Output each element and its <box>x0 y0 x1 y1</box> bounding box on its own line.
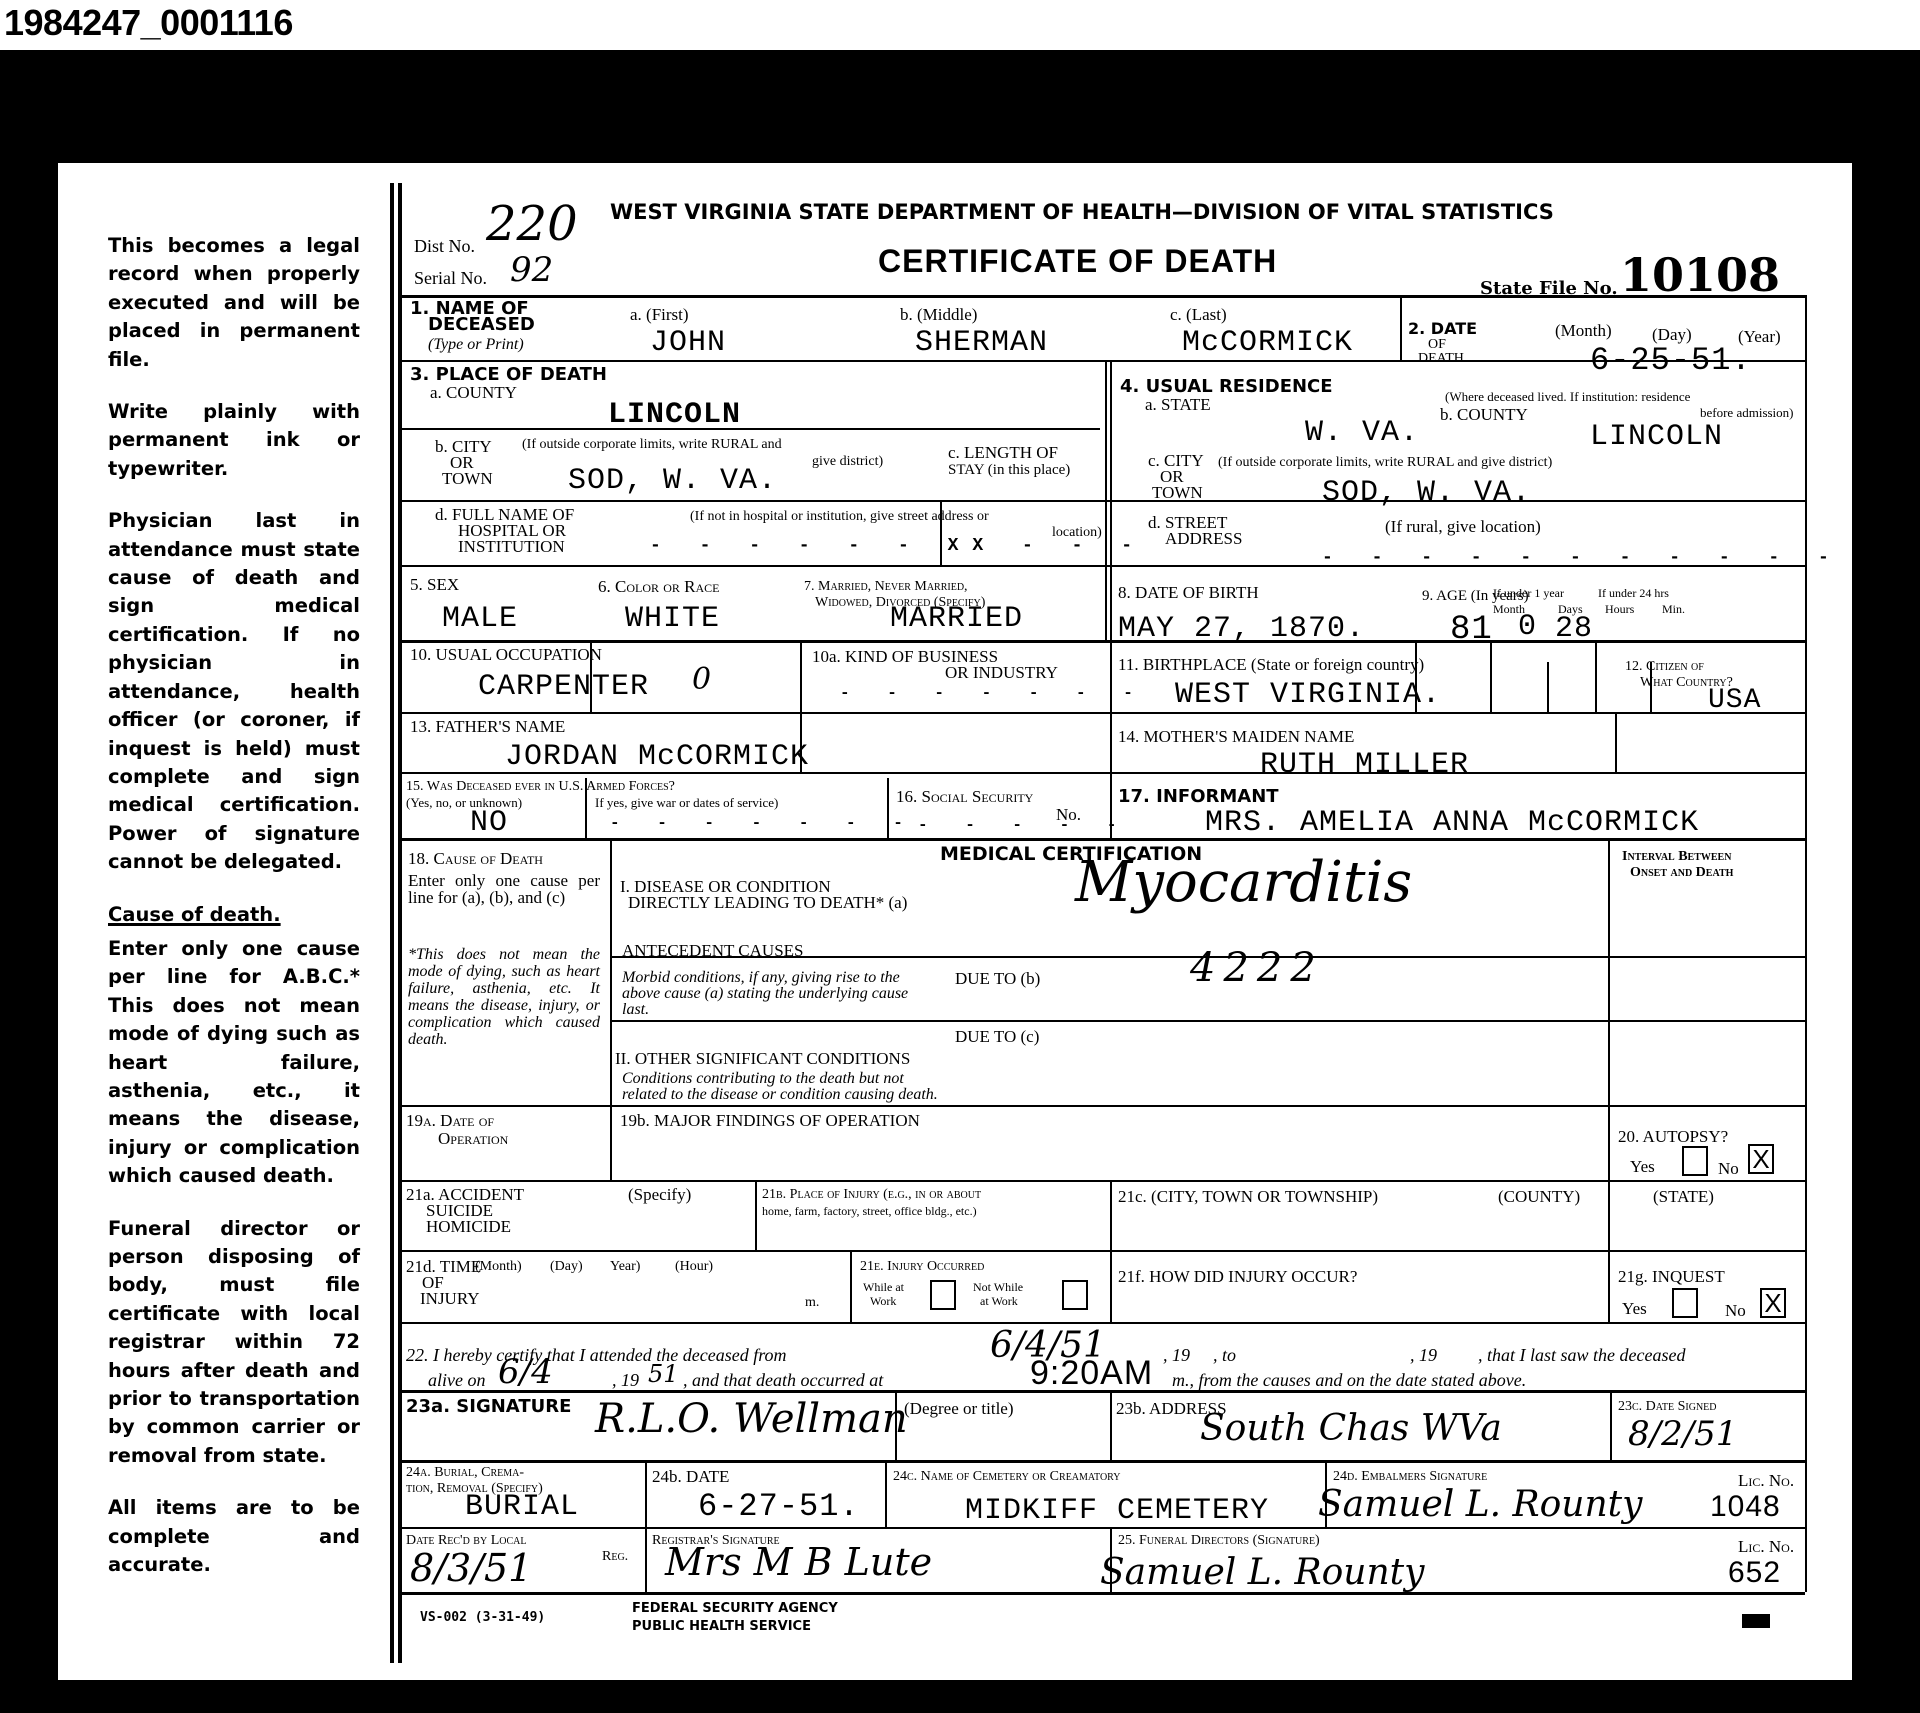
injury-city-label: 21c. (CITY, TOWN OR TOWNSHIP) <box>1118 1188 1378 1205</box>
rule <box>400 295 402 1592</box>
funeral-lic-value[interactable]: 652 <box>1728 1558 1781 1588</box>
injury-year-label: Year) <box>610 1260 640 1274</box>
date-of-death-label: DEATH <box>1418 350 1464 367</box>
certify-text: m., from the causes and on the date stat… <box>1172 1372 1526 1389</box>
business-label: OR INDUSTRY <box>945 664 1058 681</box>
agency-heading: WEST VIRGINIA STATE DEPARTMENT OF HEALTH… <box>610 200 1554 224</box>
morbid-note: Morbid conditions, if any, giving rise t… <box>622 970 932 1018</box>
armed-forces-value[interactable]: NO <box>470 808 508 838</box>
union-label-icon <box>1742 1614 1770 1628</box>
autopsy-yes-label: Yes <box>1630 1158 1655 1175</box>
accident-label: HOMICIDE <box>426 1218 511 1235</box>
interval-label: Interval Between <box>1622 850 1731 864</box>
rule <box>850 1250 852 1322</box>
name-label: (Type or Print) <box>428 336 524 353</box>
marital-value[interactable]: MARRIED <box>890 604 1023 634</box>
certify-text: alive on <box>428 1372 485 1389</box>
certify-text: , 19 <box>1163 1347 1190 1364</box>
injury-occurred-label: 21e. Injury Occurred <box>860 1260 984 1274</box>
birthplace-label: 11. BIRTHPLACE (State or foreign country… <box>1118 656 1424 673</box>
funeral-director-label: 25. Funeral Directors (Signature) <box>1118 1534 1320 1548</box>
rule <box>400 295 1805 298</box>
residence-state-label: a. STATE <box>1145 396 1211 413</box>
injury-county-label: (COUNTY) <box>1498 1188 1580 1205</box>
death-county-value[interactable]: LINCOLN <box>608 400 741 430</box>
mother-value[interactable]: RUTH MILLER <box>1260 750 1469 780</box>
alive-on-value[interactable]: 6/4 <box>498 1352 553 1392</box>
other-conditions-note: related to the disease or condition caus… <box>622 1086 938 1103</box>
inquest-yes-label: Yes <box>1622 1300 1647 1317</box>
marital-label: 7. Married, Never Married, <box>804 580 968 594</box>
physician-address[interactable]: South Chas WVa <box>1200 1408 1502 1449</box>
autopsy-yes-checkbox[interactable] <box>1682 1146 1708 1176</box>
time-of-injury-label: INJURY <box>420 1290 480 1307</box>
county-label: a. COUNTY <box>430 384 517 401</box>
city-note: (If outside corporate limits, write RURA… <box>522 438 782 452</box>
rule <box>1805 295 1807 1592</box>
rule <box>645 1460 647 1592</box>
city-note: give district) <box>812 455 883 469</box>
rule <box>400 428 1100 430</box>
residence-county-label: b. COUNTY <box>1440 406 1528 423</box>
armed-forces-note: If yes, give war or dates of service) <box>595 796 778 810</box>
not-while-at-work-label: Not While <box>973 1280 1023 1294</box>
date-of-death-label: 2. DATE <box>1408 320 1477 337</box>
operation-date-label: Operation <box>438 1130 508 1147</box>
first-name-value[interactable]: JOHN <box>650 328 726 358</box>
death-city-value[interactable]: SOD, W. VA. <box>568 466 777 496</box>
while-at-work-checkbox[interactable] <box>930 1280 956 1310</box>
inquest-no-checkbox[interactable]: X <box>1760 1288 1786 1318</box>
citizen-value[interactable]: USA <box>1708 686 1761 716</box>
antecedent-label: ANTECEDENT CAUSES <box>622 942 804 959</box>
alive-year-value[interactable]: 51 <box>648 1360 679 1388</box>
instructions-sidebar: This becomes a legal record when properl… <box>108 232 360 1603</box>
date-received-label: Reg. <box>602 1550 628 1564</box>
cause-of-death-label: 18. Cause of Death <box>408 850 543 867</box>
city-label: TOWN <box>442 470 493 487</box>
embalmer-label: 24d. Embalmers Signature <box>1333 1470 1487 1484</box>
rule <box>400 712 1805 714</box>
due-to-b-label: DUE TO (b) <box>955 970 1040 987</box>
date-signed-value[interactable]: 8/2/51 <box>1628 1414 1737 1454</box>
rule <box>400 1180 1805 1182</box>
hospital-note: (If not in hospital or institution, give… <box>690 510 989 524</box>
days-value[interactable]: 28 <box>1555 614 1593 644</box>
residence-city-label: TOWN <box>1152 484 1203 501</box>
certify-text: , 19 <box>612 1372 639 1389</box>
rule <box>400 1322 1805 1324</box>
how-injury-label: 21f. HOW DID INJURY OCCUR? <box>1118 1268 1357 1285</box>
burial-type-label: 24a. Burial, Crema- <box>406 1466 524 1480</box>
father-value[interactable]: JORDAN McCORMICK <box>505 742 809 772</box>
ssn-value[interactable]: - - - - - <box>918 816 1130 834</box>
sex-value[interactable]: MALE <box>442 604 518 634</box>
while-at-work-label: Work <box>870 1294 896 1308</box>
rule <box>1110 360 1112 640</box>
months-value[interactable]: 0 <box>1518 612 1537 642</box>
under-24-hrs-label: If under 24 hrs <box>1598 586 1669 600</box>
rule <box>1608 1250 1610 1322</box>
residence-state-value[interactable]: W. VA. <box>1305 418 1419 448</box>
rule <box>1608 838 1610 1250</box>
business-value[interactable]: - - - - - - - <box>840 684 1147 702</box>
mother-label: 14. MOTHER'S MAIDEN NAME <box>1118 728 1354 745</box>
residence-city-note: (If outside corporate limits, write RURA… <box>1218 456 1552 470</box>
rule <box>1400 295 1402 360</box>
due-to-b-value[interactable]: 4222 <box>1190 945 1324 991</box>
race-label: 6. Color or Race <box>598 578 720 595</box>
while-at-work-label: While at <box>863 1280 904 1294</box>
length-of-stay-label: c. LENGTH OF <box>948 444 1058 461</box>
service-value[interactable]: - - - - - - - <box>610 814 917 832</box>
cemetery-label: 24c. Name of Cemetery or Creamatory <box>893 1470 1121 1484</box>
cause-note: Enter only one cause per line for (a), (… <box>408 872 600 906</box>
interval-label: Onset and Death <box>1630 866 1733 880</box>
street-note: (If rural, give location) <box>1385 518 1541 535</box>
rule <box>1615 712 1617 772</box>
certify-text: , that I last saw the deceased <box>1478 1347 1685 1364</box>
certify-text: , 19 <box>1410 1347 1437 1364</box>
state-file-number[interactable]: 10108 <box>1620 248 1780 302</box>
dob-value[interactable]: MAY 27, 1870. <box>1118 614 1365 644</box>
signature-label: 23a. SIGNATURE <box>406 1398 571 1415</box>
autopsy-label: 20. AUTOPSY? <box>1618 1128 1728 1145</box>
federal-agency: PUBLIC HEALTH SERVICE <box>632 1618 811 1636</box>
rule <box>1110 1390 1112 1460</box>
residence-city-value[interactable]: SOD, W. VA. <box>1322 478 1531 508</box>
sex-label: 5. SEX <box>410 576 459 593</box>
instruction-cause: Enter only one cause per line for A.B.C.… <box>108 935 360 1191</box>
not-while-at-work-checkbox[interactable] <box>1062 1280 1088 1310</box>
operation-date-label: 19a. Date of <box>406 1112 494 1129</box>
cause-footnote: *This does not mean the mode of dying, s… <box>408 946 600 1048</box>
rule <box>1110 1180 1112 1322</box>
inquest-no-label: No <box>1725 1302 1746 1319</box>
cause-of-death-heading: Cause of death. <box>108 901 360 929</box>
other-conditions-note: Conditions contributing to the death but… <box>622 1070 904 1087</box>
autopsy-no-checkbox[interactable]: X <box>1748 1144 1774 1174</box>
name-label: DECEASED <box>428 316 535 333</box>
injury-hour-label: (Hour) <box>675 1260 713 1274</box>
injury-state-label: (STATE) <box>1653 1188 1714 1205</box>
rule <box>1105 360 1107 640</box>
date-received-value[interactable]: 8/3/51 <box>410 1546 532 1590</box>
rule <box>1595 640 1597 712</box>
date-of-death-value[interactable]: 6-25-51. <box>1590 346 1752 376</box>
rule <box>755 1180 757 1250</box>
min-label: Min. <box>1662 602 1685 616</box>
death-time-value[interactable]: 9:20AM <box>1030 1358 1153 1388</box>
rule <box>610 1020 1805 1022</box>
middle-name-label: b. (Middle) <box>900 306 977 323</box>
disease-value[interactable]: Myocarditis <box>1075 850 1412 915</box>
certify-text: , and that death occurred at <box>683 1372 883 1389</box>
dob-label: 8. DATE OF BIRTH <box>1118 584 1259 601</box>
inquest-label: 21g. INQUEST <box>1618 1268 1725 1285</box>
inquest-yes-checkbox[interactable] <box>1672 1288 1698 1318</box>
other-conditions-label: II. OTHER SIGNIFICANT CONDITIONS <box>615 1050 910 1067</box>
injury-month-label: (Month) <box>475 1260 522 1274</box>
embalmer-lic-label: Lic. No. <box>1738 1472 1794 1489</box>
length-of-stay-label: STAY (in this place) <box>948 462 1070 479</box>
residence-note: before admission) <box>1700 406 1794 420</box>
document-id-bar: 1984247_0001116 <box>0 0 1920 50</box>
last-name-value[interactable]: McCORMICK <box>1182 328 1353 358</box>
autopsy-no-label: No <box>1718 1160 1739 1177</box>
residence-note: (Where deceased lived. If institution: r… <box>1445 390 1690 404</box>
injury-day-label: (Day) <box>550 1260 583 1274</box>
rule <box>1610 1390 1612 1460</box>
physician-signature[interactable]: R.L.O. Wellman <box>595 1396 908 1442</box>
instruction-legal-record: This becomes a legal record when properl… <box>108 232 360 374</box>
funeral-lic-label: Lic. No. <box>1738 1538 1794 1555</box>
occupation-mark: 0 <box>692 662 711 697</box>
cemetery-value[interactable]: MIDKIFF CEMETERY <box>965 1496 1269 1526</box>
occupation-value[interactable]: CARPENTER <box>478 672 649 702</box>
father-label: 13. FATHER'S NAME <box>410 718 565 735</box>
hours-label: Hours <box>1605 602 1634 616</box>
age-value[interactable]: 81 <box>1450 615 1493 645</box>
burial-date-label: 24b. DATE <box>652 1468 729 1485</box>
occupation-label: 10. USUAL OCCUPATION <box>410 646 602 663</box>
burial-date-value[interactable]: 6-27-51. <box>698 1492 860 1522</box>
form-code: VS-002 (3-31-49) <box>420 1610 545 1625</box>
under-1-year-label: If under 1 year <box>1493 586 1564 600</box>
certificate-title: CERTIFICATE OF DEATH <box>878 243 1277 280</box>
instruction-write-plainly: Write plainly with permanent ink or type… <box>108 398 360 483</box>
rule <box>1110 640 1112 838</box>
serial-no-value[interactable]: 92 <box>510 250 553 290</box>
rule <box>610 838 612 1180</box>
rule <box>400 500 1805 502</box>
birthplace-value[interactable]: WEST VIRGINIA. <box>1175 680 1441 710</box>
place-of-death-label: 3. PLACE OF DEATH <box>410 366 607 383</box>
rule <box>1547 662 1549 712</box>
middle-name-value[interactable]: SHERMAN <box>915 328 1048 358</box>
hospital-label: INSTITUTION <box>458 538 565 555</box>
armed-forces-label: 15. Was Deceased ever in U.S. Armed Forc… <box>406 780 675 794</box>
certify-text: , to <box>1213 1347 1236 1364</box>
dist-no-value[interactable]: 220 <box>486 196 578 252</box>
funeral-director-signature[interactable]: Samuel L. Rounty <box>1100 1552 1424 1593</box>
degree-label: (Degree or title) <box>904 1400 1014 1417</box>
instruction-complete: All items are to be complete and accurat… <box>108 1494 360 1579</box>
serial-no-label: Serial No. <box>414 270 487 287</box>
day-label: (Day) <box>1652 326 1692 343</box>
instruction-funeral-director: Funeral director or person disposing of … <box>108 1215 360 1471</box>
certify-text: 22. I hereby certify that I attended the… <box>406 1347 787 1364</box>
rule <box>400 1460 1805 1463</box>
not-while-at-work-label: at Work <box>980 1294 1018 1308</box>
embalmer-lic-value[interactable]: 1048 <box>1710 1492 1781 1522</box>
ssn-label: 16. Social Security <box>896 788 1033 805</box>
instruction-physician: Physician last in attendance must state … <box>108 507 360 876</box>
federal-agency: FEDERAL SECURITY AGENCY <box>632 1600 838 1618</box>
street-value[interactable]: - - - - - - - - - - - <box>1322 548 1843 568</box>
date-signed-label: 23c. Date Signed <box>1618 1400 1717 1414</box>
race-value[interactable]: WHITE <box>625 604 720 634</box>
embalmer-signature[interactable]: Samuel L. Rounty <box>1318 1484 1642 1525</box>
informant-label: 17. INFORMANT <box>1118 788 1279 805</box>
injury-m-label: m. <box>805 1296 819 1310</box>
due-to-c-label: DUE TO (c) <box>955 1028 1039 1045</box>
citizen-label: 12. Citizen of <box>1625 660 1704 674</box>
document-id: 1984247_0001116 <box>4 2 293 44</box>
last-name-label: c. (Last) <box>1170 306 1227 323</box>
first-name-label: a. (First) <box>630 306 689 323</box>
month-label: (Month) <box>1555 322 1612 339</box>
rule <box>885 1460 887 1527</box>
rule <box>400 1250 1805 1252</box>
operation-findings-label: 19b. MAJOR FINDINGS OF OPERATION <box>620 1112 920 1129</box>
burial-type-value[interactable]: BURIAL <box>465 1492 579 1522</box>
informant-value[interactable]: MRS. AMELIA ANNA McCORMICK <box>1205 808 1699 838</box>
registrar-signature[interactable]: Mrs M B Lute <box>665 1540 932 1584</box>
dist-no-label: Dist No. <box>414 238 475 255</box>
specify-label: (Specify) <box>628 1186 691 1203</box>
place-of-injury-label: 21b. Place of Injury (e.g., in or about <box>762 1188 981 1202</box>
disease-label: DIRECTLY LEADING TO DEATH* (a) <box>628 894 907 911</box>
divider-line <box>390 183 394 1663</box>
residence-county-value[interactable]: LINCOLN <box>1590 422 1723 452</box>
death-certificate-form: Dist No. 220 Serial No. 92 WEST VIRGINIA… <box>400 200 1805 1650</box>
hospital-value[interactable]: - - - - - - XX - - - <box>650 536 1146 556</box>
rule <box>1490 640 1492 712</box>
place-of-injury-label: home, farm, factory, street, office bldg… <box>762 1204 977 1218</box>
street-label: ADDRESS <box>1165 530 1242 547</box>
residence-label: 4. USUAL RESIDENCE <box>1120 378 1333 395</box>
